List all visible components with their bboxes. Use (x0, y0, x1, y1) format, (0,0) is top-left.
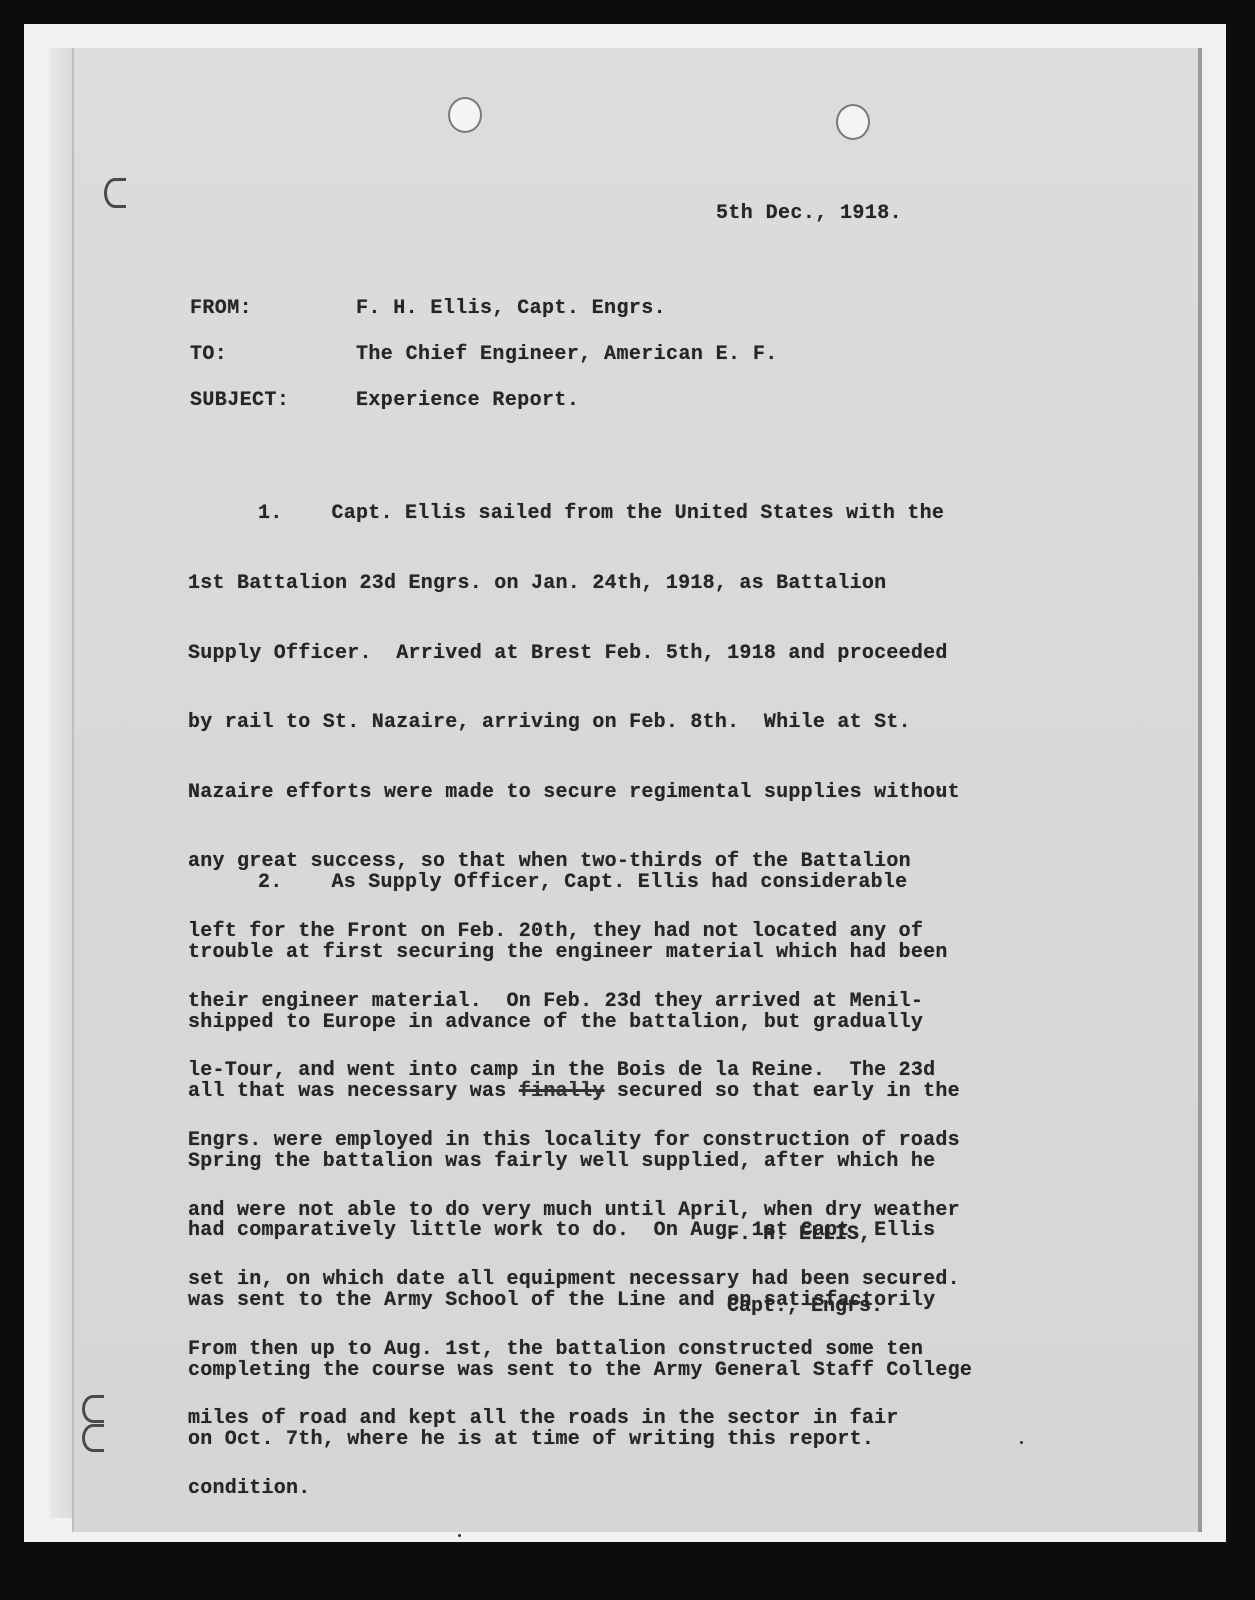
to-label: TO: (190, 343, 227, 366)
ink-speck (458, 1534, 461, 1537)
paragraph-line: 1. Capt. Ellis sailed from the United St… (188, 502, 960, 525)
punch-hole (448, 97, 482, 133)
struck-word: finally (519, 1080, 605, 1103)
paragraph-line: Supply Officer. Arrived at Brest Feb. 5t… (188, 642, 960, 665)
to-value: The Chief Engineer, American E. F. (356, 343, 778, 366)
staple-mark-icon (104, 178, 126, 208)
paragraph-line: 2. As Supply Officer, Capt. Ellis had co… (188, 871, 972, 894)
signature-block: F. H. ELLIS, Capt., Engrs. (727, 1175, 883, 1343)
paragraph-line: 1st Battalion 23d Engrs. on Jan. 24th, 1… (188, 572, 960, 595)
from-value: F. H. Ellis, Capt. Engrs. (356, 297, 666, 320)
punch-hole (836, 104, 870, 140)
subject-label: SUBJECT: (190, 389, 289, 412)
staple-mark-icon (82, 1424, 104, 1452)
signature-name: F. H. ELLIS, (727, 1223, 883, 1247)
letter-date: 5th Dec., 1918. (716, 202, 902, 225)
paragraph-line: by rail to St. Nazaire, arriving on Feb.… (188, 711, 960, 734)
paragraph-line: shipped to Europe in advance of the batt… (188, 1011, 972, 1034)
line-text: all that was necessary was (188, 1080, 519, 1103)
page-edge (50, 48, 74, 1518)
paragraph-2: 2. As Supply Officer, Capt. Ellis had co… (188, 825, 972, 1475)
ink-speck (1020, 1441, 1023, 1444)
paragraph-line: completing the course was sent to the Ar… (188, 1359, 972, 1382)
paragraph-line-with-correction: all that was necessary was finally secur… (188, 1080, 972, 1103)
paragraph-line: trouble at first securing the engineer m… (188, 941, 972, 964)
paragraph-line: Spring the battalion was fairly well sup… (188, 1150, 972, 1173)
from-label: FROM: (190, 297, 252, 320)
line-text: secured so that early in the (605, 1080, 960, 1103)
staple-mark-icon (82, 1395, 104, 1423)
paragraph-line: Nazaire efforts were made to secure regi… (188, 781, 960, 804)
paragraph-line: condition. (188, 1477, 960, 1500)
subject-value: Experience Report. (356, 389, 579, 412)
signature-title: Capt., Engrs. (727, 1295, 883, 1319)
paragraph-line: on Oct. 7th, where he is at time of writ… (188, 1428, 972, 1451)
